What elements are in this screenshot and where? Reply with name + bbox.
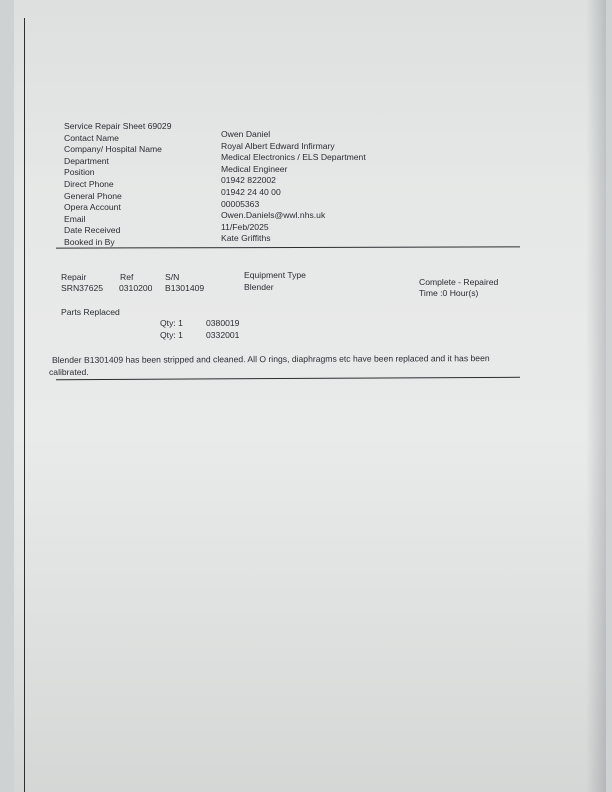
sheet-title: Service Repair Sheet 69029	[64, 121, 172, 133]
part-qty: Qty: 1	[160, 318, 183, 330]
value-department: Medical Electronics / ELS Department	[221, 152, 366, 164]
value-repair: SRN37625	[61, 283, 103, 295]
value-direct-phone: 01942 822002	[221, 175, 366, 187]
value-ref: 0310200	[119, 283, 152, 295]
value-email: Owen.Daniels@wwl.nhs.uk	[221, 210, 366, 222]
label-department: Department	[64, 156, 172, 168]
value-general-phone: 01942 24 40 00	[221, 187, 366, 199]
label-contact-name: Contact Name	[64, 133, 172, 145]
part-number: 0380019	[206, 318, 239, 330]
label-email: Email	[64, 214, 172, 226]
value-sn: B1301409	[165, 283, 204, 295]
value-contact-name: Owen Daniel	[221, 129, 366, 141]
part-number: 0332001	[206, 330, 239, 342]
page-shadow	[586, 0, 606, 792]
repair-notes-line2: calibrated.	[49, 367, 89, 379]
label-opera-account: Opera Account	[64, 202, 172, 214]
value-company: Royal Albert Edward Infirmary	[221, 141, 366, 153]
header-equipment-type: Equipment Type	[244, 270, 306, 282]
header-sn: S/N	[165, 272, 179, 284]
value-date-received: 11/Feb/2025	[221, 222, 366, 234]
label-date-received: Date Received	[64, 225, 172, 237]
label-general-phone: General Phone	[64, 191, 172, 203]
contact-labels: Service Repair Sheet 69029 Contact Name …	[64, 121, 172, 249]
page-edge-line	[24, 18, 25, 792]
value-booked-in-by: Kate Griffiths	[221, 233, 366, 245]
part-qty: Qty: 1	[160, 330, 183, 342]
label-position: Position	[64, 167, 172, 179]
contact-values: Owen Daniel Royal Albert Edward Infirmar…	[221, 129, 366, 245]
value-opera-account: 00005363	[221, 199, 366, 211]
repair-status: Complete - Repaired	[419, 277, 498, 289]
header-repair: Repair	[61, 272, 86, 284]
header-ref: Ref	[120, 272, 133, 284]
label-company: Company/ Hospital Name	[64, 144, 172, 156]
value-position: Medical Engineer	[221, 164, 366, 176]
parts-replaced-label: Parts Replaced	[61, 307, 120, 319]
repair-notes-line1: Blender B1301409 has been stripped and c…	[52, 353, 490, 367]
document-page	[14, 0, 606, 792]
label-direct-phone: Direct Phone	[64, 179, 172, 191]
value-equipment-type: Blender	[244, 282, 274, 294]
repair-time: Time :0 Hour(s)	[419, 288, 478, 300]
